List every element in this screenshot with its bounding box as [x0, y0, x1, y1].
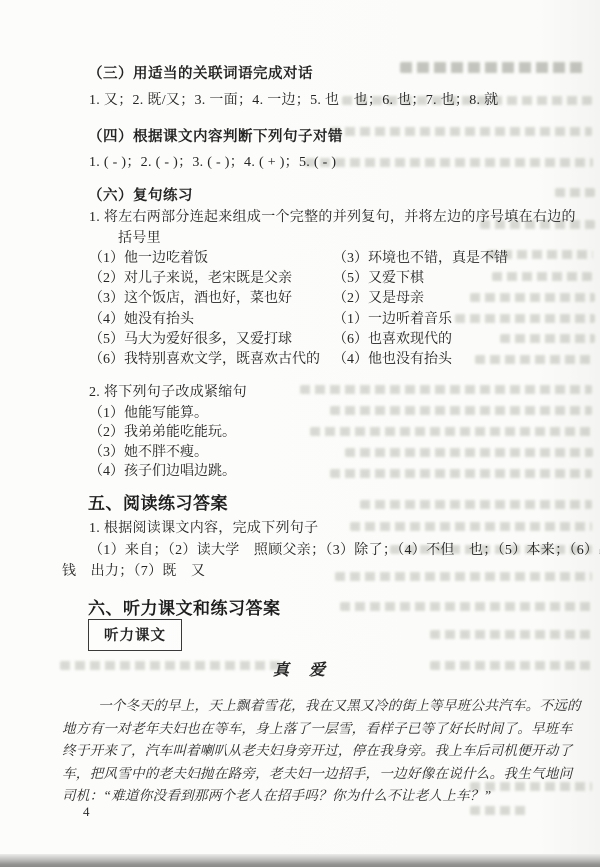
match-row: （5）马大为爱好很多，又爱打球 （6）也喜欢现代的: [89, 328, 559, 348]
review-task1-instruction-line1: 1. 将左右两部分连起来组成一个完整的并列复句，并将左边的序号填在右边的: [89, 206, 576, 226]
match-right-item: （1）一边听着音乐: [333, 308, 452, 328]
passage-line: 一个冬天的早上，天上飘着雪花，我在又黑又冷的街上等早班公共汽车。不远的: [62, 694, 544, 717]
match-left-item: （4）她没有抬头: [89, 308, 194, 328]
review-task2-heading: 2. 将下列句子改成紧缩句: [89, 381, 247, 401]
task2-item: （4）孩子们边唱边跳。: [89, 460, 236, 479]
bleedthrough-line: [330, 469, 592, 478]
bleedthrough-line: [345, 448, 593, 457]
passage-line: 终于开来了，汽车叫着喇叭从老夫妇身旁开过，停在我身旁。我上车后司机便开动了: [62, 739, 544, 762]
bleedthrough-line: [360, 500, 592, 509]
passage-title: 真 爱: [0, 657, 600, 680]
match-right-item: （6）也喜欢现代的: [333, 328, 452, 348]
bleedthrough-line: [300, 385, 592, 394]
section-five-sub-heading: 1. 根据阅读课文内容，完成下列句子: [89, 517, 318, 537]
bleedthrough-line: [305, 158, 593, 167]
match-row: （1）他一边吃着饭 （3）环境也不错，真是不错: [89, 247, 559, 267]
section-three-answers: 1. 又；2. 既/又；3. 一面；4. 一边；5. 也 也；6. 也；7. 也…: [89, 89, 498, 109]
match-right-item: （3）环境也不错，真是不错: [333, 247, 508, 267]
match-left-item: （1）他一边吃着饭: [89, 247, 208, 267]
scan-edge-shadow: [0, 854, 600, 867]
bleedthrough-line: [335, 572, 592, 581]
section-six-review-heading: （六）复句练习: [88, 184, 193, 205]
bleedthrough-line: [400, 62, 585, 73]
match-row: （6）我特别喜欢文学，既喜欢古代的 （4）他也没有抬头: [89, 348, 559, 368]
section-five-answers-line2: 钱 出力；（7）既 又: [62, 560, 205, 580]
bleedthrough-line: [310, 427, 592, 436]
task2-item: （3）她不胖不瘦。: [89, 441, 236, 460]
review-task1-instruction-line2: 括号里: [118, 227, 161, 247]
match-left-item: （5）马大为爱好很多，又爱打球: [89, 328, 292, 348]
bleedthrough-line: [340, 602, 592, 611]
listening-text-box-label: 听力课文: [88, 619, 182, 651]
section-six-listening-heading: 六、听力课文和练习答案: [88, 594, 281, 619]
match-left-item: （6）我特别喜欢文学，既喜欢古代的: [89, 348, 320, 368]
section-four-heading: （四）根据课文内容判断下列句子对错: [88, 125, 343, 146]
section-three-heading: （三）用适当的关联词语完成对话: [88, 62, 313, 83]
match-right-item: （2）又是母亲: [333, 287, 424, 307]
section-four-answers: 1. ( - )；2. ( - )；3. ( - )；4. ( + )；5. (…: [89, 151, 336, 171]
match-left-item: （2）对儿子来说，老宋既是父亲: [89, 267, 292, 287]
bleedthrough-line: [470, 806, 530, 815]
page-number: 4: [83, 804, 90, 820]
section-five-answers-line1: （1）来自；（2）读大学 照顾父亲；（3）除了；（4）不但 也；（5）本来；（6…: [89, 539, 600, 559]
task2-item: （1）他能写能算。: [89, 402, 236, 421]
passage-line: 地方有一对老年夫妇也在等车，身上落了一层雪，看样子已等了好长时间了。早班车: [62, 717, 544, 740]
match-right-item: （5）又爱下棋: [333, 267, 424, 287]
passage-line: 车，把风雪中的老夫妇抛在路旁，老夫妇一边招手，一边好像在说什么。我生气地问: [62, 762, 544, 785]
passage-line: 司机：“难道你没看到那两个老人在招手吗？你为什么不让老人上车？”: [62, 784, 544, 807]
review-task2-items: （1）他能写能算。 （2）我弟弟能吃能玩。 （3）她不胖不瘦。 （4）孩子们边唱…: [89, 402, 236, 479]
listening-passage: 一个冬天的早上，天上飘着雪花，我在又黑又冷的街上等早班公共汽车。不远的 地方有一…: [62, 694, 544, 807]
task2-item: （2）我弟弟能吃能玩。: [89, 421, 236, 440]
match-row: （3）这个饭店，酒也好，菜也好 （2）又是母亲: [89, 287, 559, 307]
bleedthrough-line: [350, 522, 592, 531]
bleedthrough-line: [430, 630, 592, 639]
match-left-item: （3）这个饭店，酒也好，菜也好: [89, 287, 292, 307]
section-five-heading: 五、阅读练习答案: [88, 489, 228, 514]
bleedthrough-line: [330, 127, 592, 136]
match-row: （2）对儿子来说，老宋既是父亲 （5）又爱下棋: [89, 267, 559, 287]
match-right-item: （4）他也没有抬头: [333, 348, 452, 368]
bleedthrough-line: [330, 406, 592, 415]
bleedthrough-line: [555, 188, 595, 197]
matching-exercise: （1）他一边吃着饭 （3）环境也不错，真是不错 （2）对儿子来说，老宋既是父亲 …: [89, 247, 559, 368]
match-row: （4）她没有抬头 （1）一边听着音乐: [89, 308, 559, 328]
scanned-page: （三）用适当的关联词语完成对话 1. 又；2. 既/又；3. 一面；4. 一边；…: [0, 0, 600, 867]
